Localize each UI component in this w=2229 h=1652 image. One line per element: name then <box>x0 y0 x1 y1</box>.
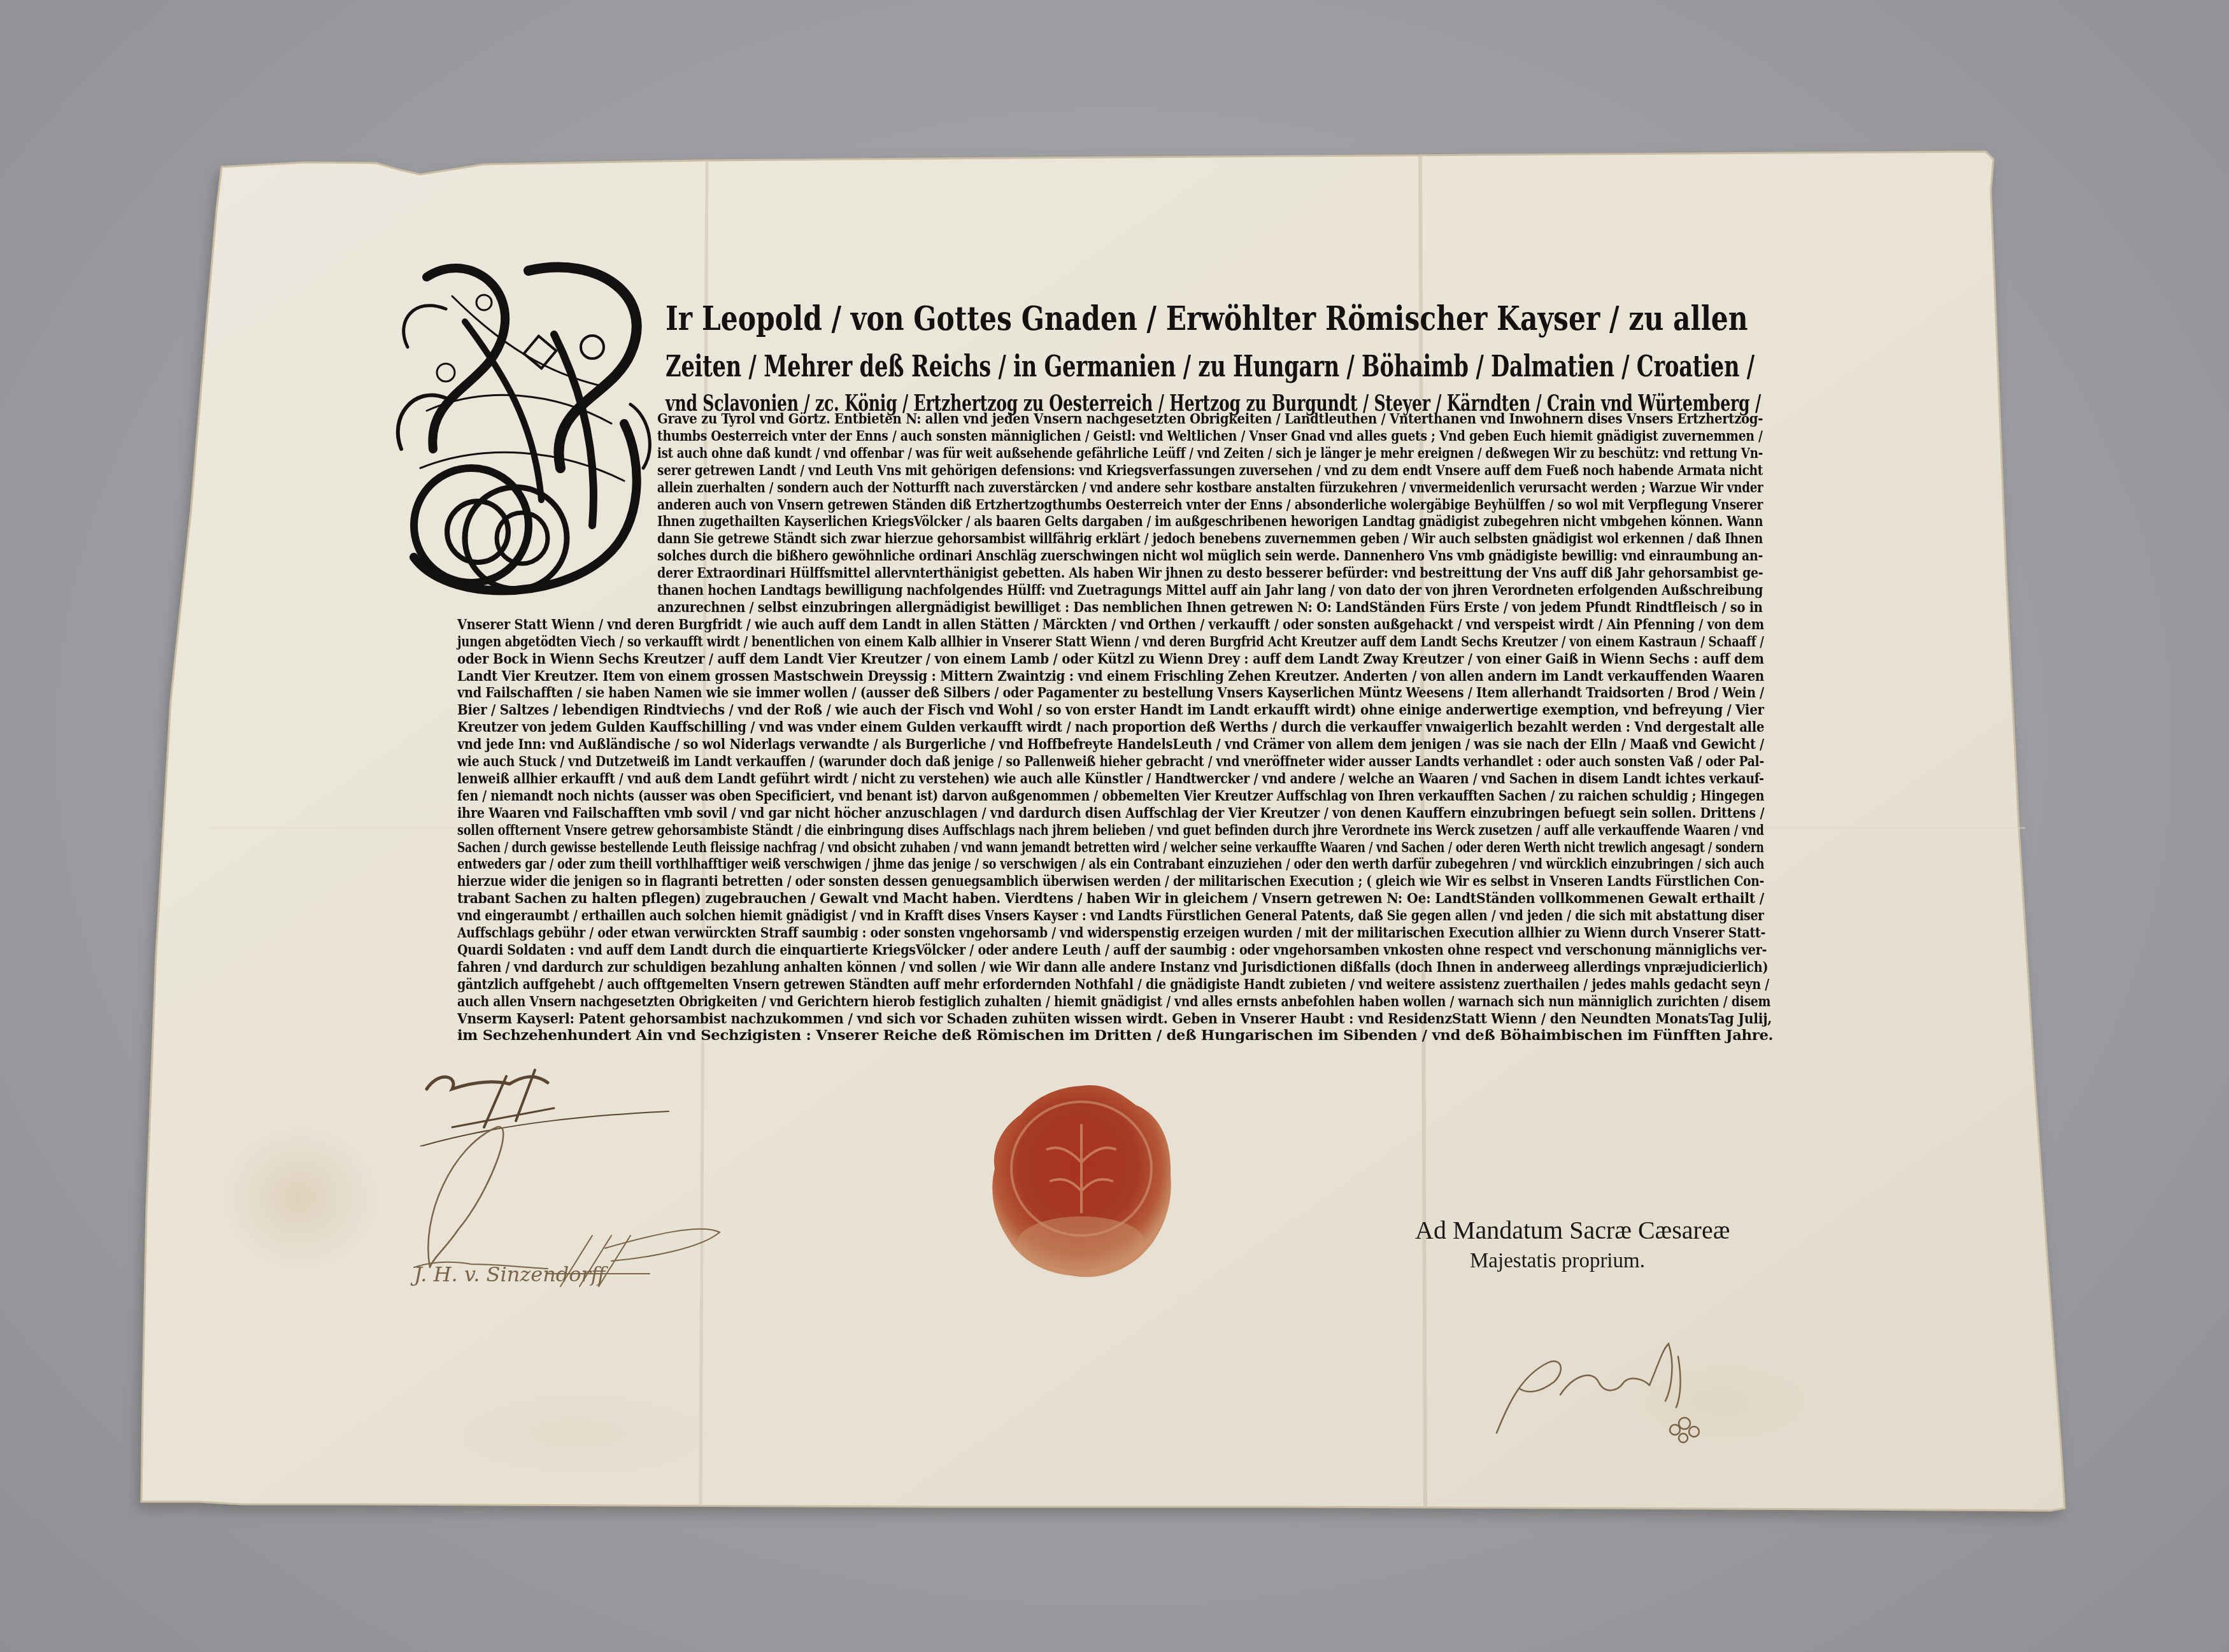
body-line: vnd eingeraumbt / erthaillen auch solche… <box>457 908 1764 924</box>
countersign-line-2: Majestatis proprium. <box>1470 1250 1645 1273</box>
signature-chancellor-icon: J. H. v. Sinzendorff <box>395 1121 726 1312</box>
body-line: Quardi Soldaten : vnd auff dem Landt dur… <box>457 943 1767 958</box>
body-line: oder Bock in Wienn Sechs Kreutzer / auff… <box>457 652 1764 667</box>
body-line: trabant Sachen zu halten pflegen) zugebr… <box>457 891 1764 907</box>
body-line: ist auch ohne daß kundt / vnd offenbar /… <box>657 446 1763 462</box>
body-line: im Sechzehenhundert Ain vnd Sechzigisten… <box>457 1028 1773 1044</box>
body-line: hierzue wider die jenigen so in flagrant… <box>457 874 1764 890</box>
body-line: wie auch Stuck / vnd Dutzetweiß im Landt… <box>457 754 1764 770</box>
body-line: thumbs Oesterreich vnter der Enns / auch… <box>657 429 1763 445</box>
body-line: fen / niemandt noch nichts (ausser was o… <box>457 788 1764 804</box>
body-line: Auffschlags gebühr / oder etwan verwürck… <box>457 925 1765 941</box>
body-line: jungen abgetödten Viech / so verkaufft w… <box>457 634 1764 650</box>
body-line: Kreutzer von jedem Gulden Kauffschilling… <box>457 720 1764 736</box>
patent-text: Ir Leopold / von Gottes Gnaden / Erwöhlt… <box>0 0 2229 1652</box>
body-line: serer getrewen Landt / vnd Leuth Vns mit… <box>657 463 1763 479</box>
body-line: auch allen Vnsern nachgesetzten Obrigkei… <box>457 994 1770 1010</box>
body-line: ihre Waaren vnd Failschafften vmb sovil … <box>457 806 1764 822</box>
body-line: solches durch die bißhero gewöhnliche or… <box>657 548 1763 564</box>
countersign-line-1: Ad Mandatum Sacræ Cæsareæ <box>1415 1215 1730 1245</box>
signature-chancellor: J. H. v. Sinzendorff <box>395 1121 726 1314</box>
body-line: dann Sie getrewe Ständt sich zwar hierzu… <box>657 531 1763 547</box>
body-line: sollen offternent Vnsere getrew gehorsam… <box>457 823 1764 839</box>
wax-seal <box>986 1079 1177 1286</box>
body-line: vnd Failschafften / sie haben Namen wie … <box>457 685 1764 701</box>
body-line: thanen hochen Landtags bewilligung nachf… <box>657 583 1763 599</box>
body-line: Sachen / durch gewisse bestellende Leuth… <box>457 840 1764 856</box>
body-line: Vnserm Kayserl: Patent gehorsambist nach… <box>457 1011 1772 1027</box>
header-line-1: Ir Leopold / von Gottes Gnaden / Erwöhlt… <box>666 299 1748 338</box>
body-line: fahren / vnd dardurch zur schuldigen bez… <box>457 960 1768 976</box>
body-line: Vnserer Statt Wienn / vnd deren Burgfrid… <box>457 617 1764 633</box>
body-line: allein zuerhalten / sondern auch der Not… <box>657 480 1763 496</box>
body-line: Landt Vier Kreutzer. Item von einem gros… <box>457 669 1764 685</box>
body-line: Ihnen zugethailten Kayserlichen KriegsVö… <box>657 514 1763 530</box>
body-line: gäntzlich auffgehebt / auch offtgemelten… <box>457 977 1769 993</box>
header-line-2: Zeiten / Mehrer deß Reichs / in Germanie… <box>666 349 1755 383</box>
body-line: vnd jede Inn: vnd Außländische / so wol … <box>457 737 1764 753</box>
body-line: lenweiß allhier erkaufft / vnd auß dem L… <box>457 771 1764 787</box>
seal-icon <box>986 1079 1177 1283</box>
body-line: Grave zu Tyrol vnd Görtz. Entbieten N: a… <box>657 411 1763 427</box>
body-line: anzurechnen / selbst einzubringen allerg… <box>657 600 1763 616</box>
body-line: anderen auch von Vnsern getrewen Ständen… <box>657 497 1763 513</box>
signature-secretary <box>1490 1337 1720 1448</box>
signature-secretary-icon <box>1490 1337 1720 1446</box>
body-line: entweders gar / oder zum theill vorthlha… <box>457 857 1764 872</box>
body-line: Bier / Saltzes / lebendigen Rindtviechs … <box>457 702 1764 718</box>
body-line: derer Extraordinari Hülffsmittel allervn… <box>657 566 1763 581</box>
